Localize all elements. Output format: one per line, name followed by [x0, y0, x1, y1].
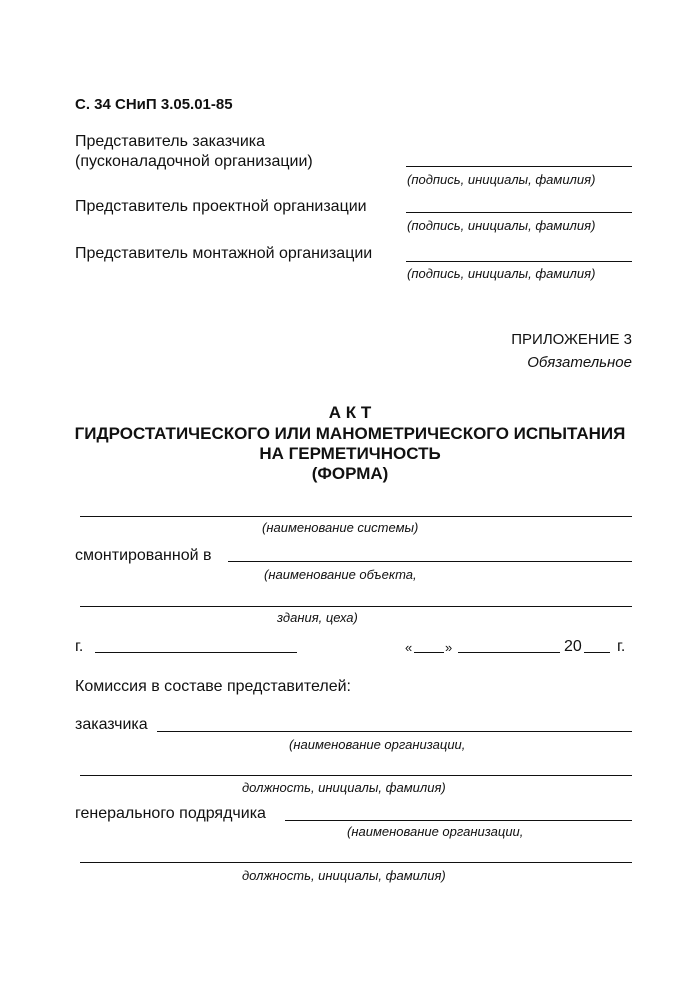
document-title-line4: (ФОРМА) — [0, 464, 700, 484]
contractor-position-field[interactable] — [80, 862, 632, 863]
page-reference: С. 34 СНиП 3.05.01-85 — [75, 96, 233, 113]
signature-caption: (подпись, инициалы, фамилия) — [407, 218, 595, 233]
system-name-field[interactable] — [80, 516, 632, 517]
appendix-label: ПРИЛОЖЕНИЕ 3 — [511, 331, 632, 348]
signature-caption: (подпись, инициалы, фамилия) — [407, 266, 595, 281]
contractor-label: генерального подрядчика — [75, 805, 266, 823]
mounted-label: смонтированной в — [75, 547, 211, 565]
customer-position-field[interactable] — [80, 775, 632, 776]
city-prefix: г. — [75, 638, 83, 656]
building-caption: здания, цеха) — [277, 610, 358, 625]
year-field[interactable] — [584, 652, 610, 653]
installation-rep-label: Представитель монтажной организации — [75, 245, 372, 263]
date-close-quote: » — [445, 640, 452, 655]
org-caption: (наименование организации, — [289, 737, 465, 752]
month-field[interactable] — [458, 652, 560, 653]
appendix-status: Обязательное — [527, 354, 632, 371]
position-caption: должность, инициалы, фамилия) — [242, 780, 446, 795]
signature-line-customer[interactable] — [406, 166, 632, 167]
object-caption: (наименование объекта, — [264, 567, 417, 582]
commission-label: Комиссия в составе представителей: — [75, 678, 351, 696]
document-title-line2: ГИДРОСТАТИЧЕСКОГО ИЛИ МАНОМЕТРИЧЕСКОГО И… — [0, 424, 700, 444]
year-prefix: 20 — [564, 638, 582, 656]
document-title-line3: НА ГЕРМЕТИЧНОСТЬ — [0, 444, 700, 464]
customer-rep-label: Представитель заказчика — [75, 133, 265, 151]
system-caption: (наименование системы) — [262, 520, 418, 535]
document-title: А К Т — [0, 403, 700, 423]
customer-label: заказчика — [75, 716, 148, 734]
object-name-field[interactable] — [228, 561, 632, 562]
signature-line-design[interactable] — [406, 212, 632, 213]
day-field[interactable] — [414, 652, 444, 653]
signature-line-installation[interactable] — [406, 261, 632, 262]
date-open-quote: « — [405, 640, 412, 655]
year-suffix: г. — [617, 638, 625, 656]
customer-rep-label-2: (пусконаладочной организации) — [75, 153, 313, 171]
city-field[interactable] — [95, 652, 297, 653]
design-rep-label: Представитель проектной организации — [75, 198, 367, 216]
signature-caption: (подпись, инициалы, фамилия) — [407, 172, 595, 187]
position-caption-2: должность, инициалы, фамилия) — [242, 868, 446, 883]
contractor-org-field[interactable] — [285, 820, 632, 821]
customer-org-field[interactable] — [157, 731, 632, 732]
org-caption-2: (наименование организации, — [347, 824, 523, 839]
building-name-field[interactable] — [80, 606, 632, 607]
